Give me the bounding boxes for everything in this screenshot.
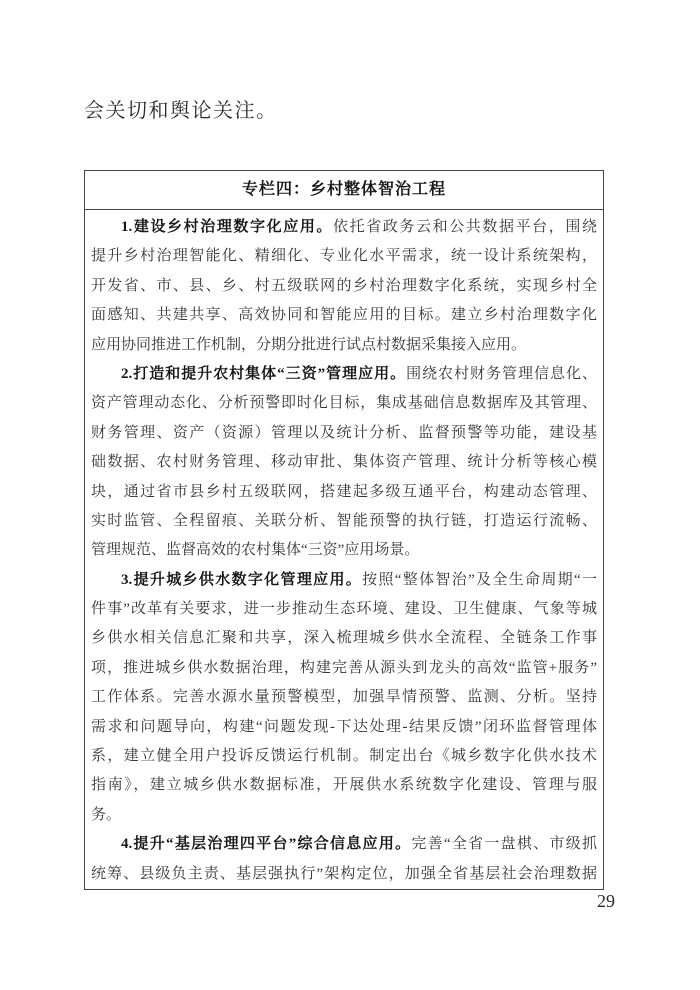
intro-paragraph: 会关切和舆论关注。: [84, 94, 278, 123]
paragraph-2-line-1: 2.打造和提升农村集体“三资”管理应用。围绕农村财务管理信息化、: [91, 360, 597, 389]
paragraph-2-line-4: 础数据、农村财务管理、移动审批、集体资产管理、统计分析等核心模: [91, 448, 597, 477]
paragraph-1-lead-rest: 依托省政务云和公共数据平台，围绕: [333, 219, 597, 235]
paragraph-3-line-6: 需求和问题导向，构建“问题发现-下达处理-结果反馈”闭环监督管理体: [91, 713, 597, 742]
paragraph-2-lead-rest: 围绕农村财务管理信息化、: [406, 366, 597, 382]
paragraph-1-line-2: 提升乡村治理智能化、精细化、专业化水平需求，统一设计系统架构，: [91, 242, 597, 271]
paragraph-3-line-9: 务。: [91, 801, 597, 830]
paragraph-3-line-1: 3.提升城乡供水数字化管理应用。按照“整体智治”及全生命周期“一: [91, 566, 597, 595]
paragraph-2-line-2: 资产管理动态化、分析预警即时化目标，集成基础信息数据库及其管理、: [91, 389, 597, 418]
paragraph-3-lead: 3.提升城乡供水数字化管理应用。: [121, 572, 362, 588]
project-panel: 专栏四：乡村整体智治工程 1.建设乡村治理数字化应用。依托省政务云和公共数据平台…: [84, 170, 604, 890]
panel-body: 1.建设乡村治理数字化应用。依托省政务云和公共数据平台，围绕 提升乡村治理智能化…: [85, 210, 603, 889]
paragraph-4-lead-rest: 完善“全省一盘棋、市级抓: [411, 836, 597, 852]
paragraph-1-line-4: 面感知、共建共享、高效协同和智能应用的目标。建立乡村治理数字化: [91, 301, 597, 330]
paragraph-2-lead: 2.打造和提升农村集体“三资”管理应用。: [121, 366, 406, 382]
paragraph-4-line-2: 统筹、县级负主责、基层强执行”架构定位，加强全省基层社会治理数据: [91, 860, 597, 889]
paragraph-4-line-1: 4.提升“基层治理四平台”综合信息应用。完善“全省一盘棋、市级抓: [91, 830, 597, 859]
paragraph-3-line-5: 工作体系。完善水源水量预警模型，加强旱情预警、监测、分析。坚持: [91, 683, 597, 712]
paragraph-1-lead: 1.建设乡村治理数字化应用。: [121, 219, 333, 235]
paragraph-2-line-6: 实时监管、全程留痕、关联分析、智能预警的执行链，打造运行流畅、: [91, 507, 597, 536]
paragraph-2-line-3: 财务管理、资产（资源）管理以及统计分析、监督预警等功能，建设基: [91, 419, 597, 448]
paragraph-3-line-3: 乡供水相关信息汇聚和共享，深入梳理城乡供水全流程、全链条工作事: [91, 624, 597, 653]
paragraph-4-lead: 4.提升“基层治理四平台”综合信息应用。: [121, 836, 411, 852]
paragraph-2-line-5: 块，通过省市县乡村五级联网，搭建起多级互通平台，构建动态管理、: [91, 478, 597, 507]
page-number: 29: [597, 891, 615, 912]
paragraph-3-line-4: 项，推进城乡供水数据治理，构建完善从源头到龙头的高效“监管+服务”: [91, 654, 597, 683]
paragraph-1-line-1: 1.建设乡村治理数字化应用。依托省政务云和公共数据平台，围绕: [91, 213, 597, 242]
paragraph-3-line-2: 件事”改革有关要求，进一步推动生态环境、建设、卫生健康、气象等城: [91, 595, 597, 624]
paragraph-1-line-5: 应用协同推进工作机制，分期分批进行试点村数据采集接入应用。: [91, 331, 597, 360]
paragraph-3-line-7: 系，建立健全用户投诉反馈运行机制。制定出台《城乡数字化供水技术: [91, 742, 597, 771]
paragraph-3-lead-rest: 按照“整体智治”及全生命周期“一: [362, 572, 597, 588]
paragraph-3-line-8: 指南》，建立城乡供水数据标准，开展供水系统数字化建设、管理与服: [91, 771, 597, 800]
panel-title: 专栏四：乡村整体智治工程: [85, 171, 603, 210]
paragraph-2-line-7: 管理规范、监督高效的农村集体“三资”应用场景。: [91, 536, 597, 565]
paragraph-1-line-3: 开发省、市、县、乡、村五级联网的乡村治理数字化系统，实现乡村全: [91, 272, 597, 301]
